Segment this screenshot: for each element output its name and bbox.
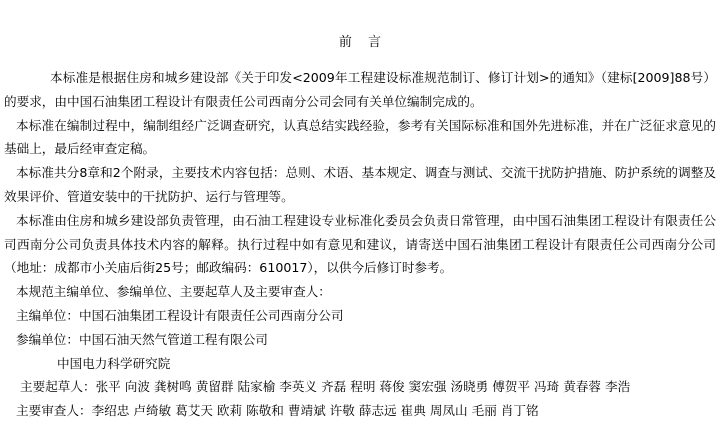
main-reviewers-names: 李绍忠 卢绮敏 葛艾天 欧莉 陈敬和 曹靖斌 许敬 薛志远 崔典 周凤山 毛丽 … (92, 403, 539, 418)
participating-unit-value-1: 中国石油天然气管道工程有限公司 (79, 332, 268, 347)
participating-unit-label: 参编单位： (16, 332, 79, 347)
page-title: 前 言 (0, 31, 720, 50)
participating-unit-line-1: 参编单位：中国石油天然气管道工程有限公司 (4, 328, 716, 352)
paragraph-1: 本标准是根据住房和城乡建设部《关于印发<2009年工程建设标准规范制订、修订计划… (4, 66, 716, 114)
main-reviewers-line: 主要审查人：李绍忠 卢绮敏 葛艾天 欧莉 陈敬和 曹靖斌 许敬 薛志远 崔典 周… (4, 399, 716, 423)
paragraph-2: 本标准在编制过程中，编制组经广泛调查研究，认真总结实践经验，参考有关国际标准和国… (4, 114, 716, 162)
units-intro: 本规范主编单位、参编单位、主要起草人及主要审查人： (4, 280, 716, 304)
main-reviewers-label: 主要审查人： (16, 403, 92, 418)
main-drafters-label: 主要起草人： (20, 379, 96, 394)
preface-content: 本标准是根据住房和城乡建设部《关于印发<2009年工程建设标准规范制订、修订计划… (4, 66, 716, 423)
paragraph-3: 本标准共分8章和2个附录，主要技术内容包括：总则、术语、基本规定、调查与测试、交… (4, 161, 716, 209)
main-drafters-line: 主要起草人：张平 向波 龚树鸣 黄留群 陆家榆 李英义 齐磊 程明 蒋俊 窦宏强… (4, 375, 716, 399)
chief-unit-value: 中国石油集团工程设计有限责任公司西南分公司 (79, 308, 343, 323)
participating-unit-value-2: 中国电力科学研究院 (57, 356, 170, 371)
paragraph-4: 本标准由住房和城乡建设部负责管理，由石油工程建设专业标准化委员会负责日常管理，由… (4, 209, 716, 280)
chief-unit-label: 主编单位： (16, 308, 79, 323)
participating-unit-line-2: 中国电力科学研究院 (4, 352, 716, 376)
main-drafters-names: 张平 向波 龚树鸣 黄留群 陆家榆 李英义 齐磊 程明 蒋俊 窦宏强 汤晓勇 傅… (96, 379, 631, 394)
chief-unit-line: 主编单位：中国石油集团工程设计有限责任公司西南分公司 (4, 304, 716, 328)
